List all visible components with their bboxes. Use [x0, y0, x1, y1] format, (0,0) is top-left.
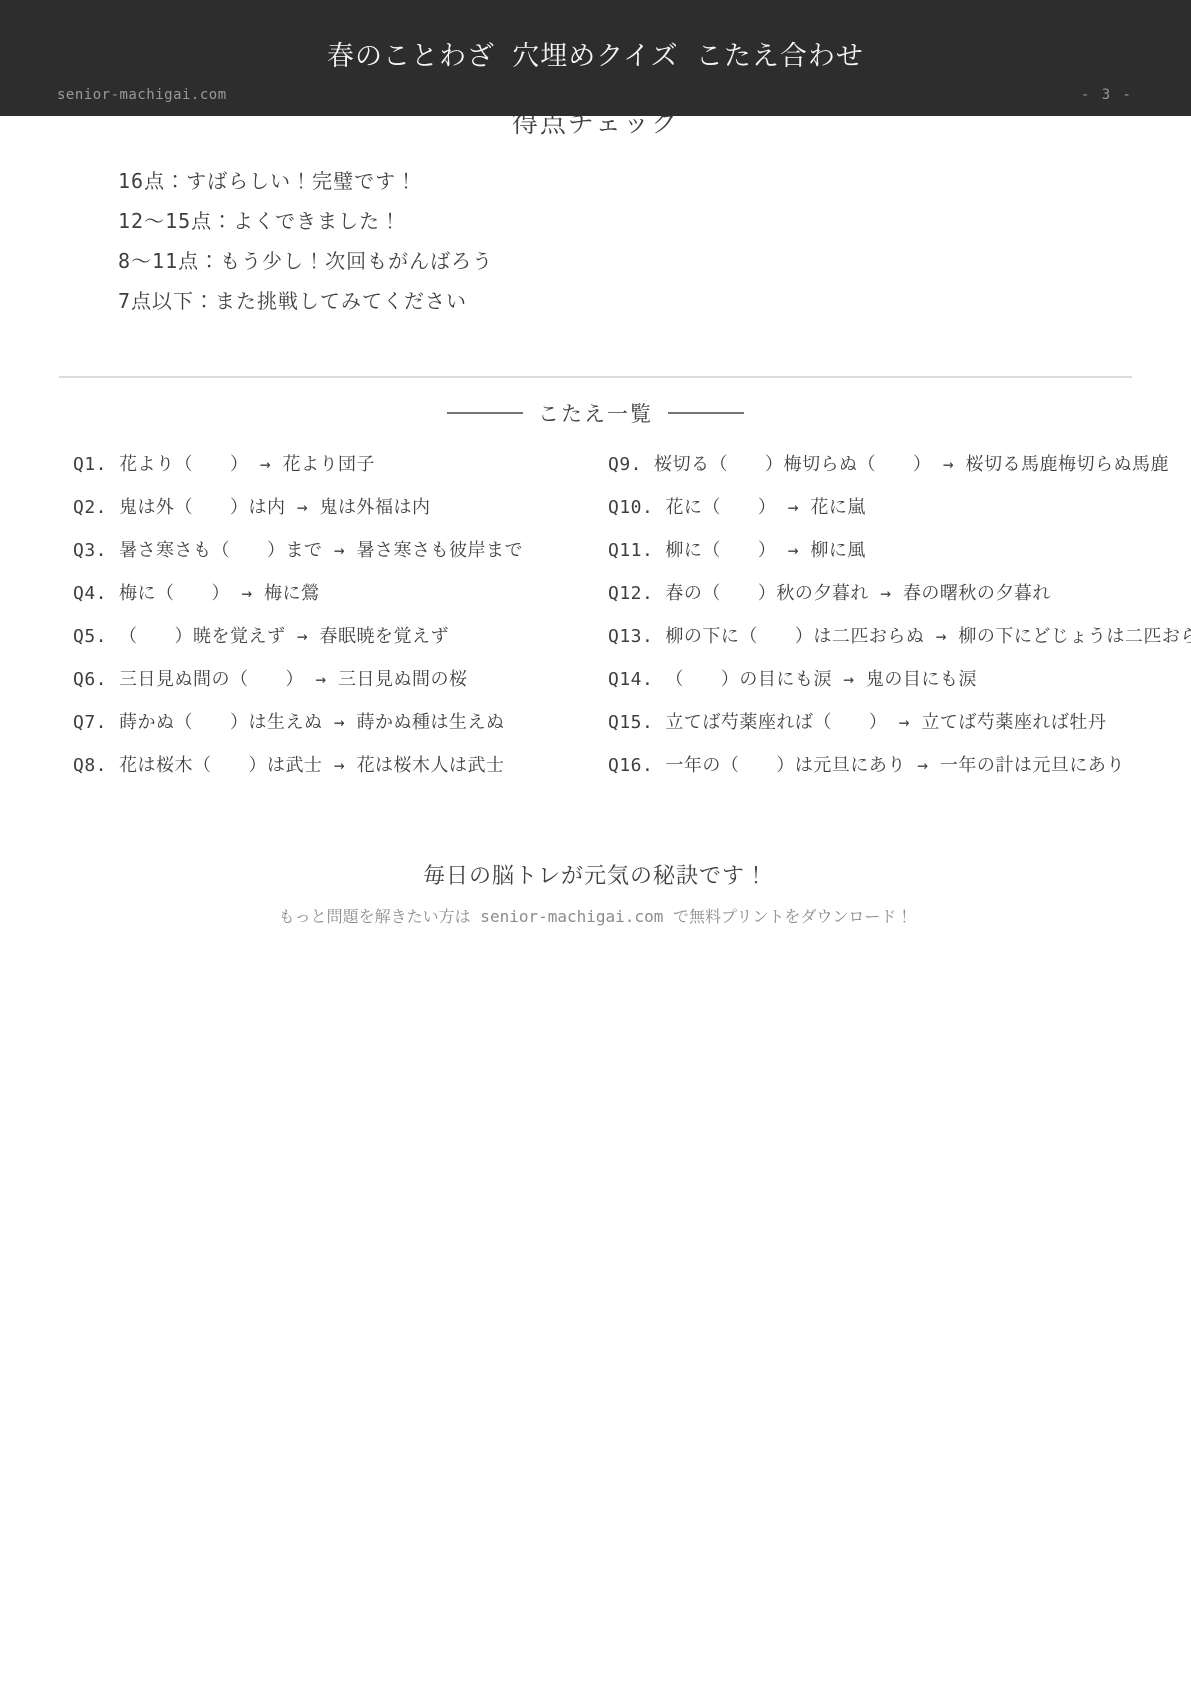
question-number: Q8.	[73, 756, 107, 775]
score-line: 12〜15点：よくできました！	[118, 211, 493, 231]
question-number: Q13.	[608, 627, 653, 646]
answers-column-right: Q9.桜切る（ ）梅切らぬ（ ） → 桜切る馬鹿梅切らぬ馬鹿 Q10.花に（ ）…	[608, 455, 1191, 799]
question-number: Q14.	[608, 670, 653, 689]
score-line: 7点以下：また挑戦してみてください	[118, 291, 493, 311]
answer-row: Q4.梅に（ ） → 梅に鶯	[73, 584, 523, 603]
score-line: 16点：すばらしい！完璧です！	[118, 171, 493, 191]
answer-row: Q9.桜切る（ ）梅切らぬ（ ） → 桜切る馬鹿梅切らぬ馬鹿	[608, 455, 1191, 474]
answer-row: Q11.柳に（ ） → 柳に風	[608, 541, 1191, 560]
answer-row: Q15.立てば芍薬座れば（ ） → 立てば芍薬座れば牡丹	[608, 713, 1191, 732]
answer-row: Q14.（ ）の目にも涙 → 鬼の目にも涙	[608, 670, 1191, 689]
answer-text: 桜切る（ ）梅切らぬ（ ） → 桜切る馬鹿梅切らぬ馬鹿	[654, 454, 1169, 475]
answer-row: Q6.三日見ぬ間の（ ） → 三日見ぬ間の桜	[73, 670, 523, 689]
answer-row: Q2.鬼は外（ ）は内 → 鬼は外福は内	[73, 498, 523, 517]
answer-row: Q7.蒔かぬ（ ）は生えぬ → 蒔かぬ種は生えぬ	[73, 713, 523, 732]
answers-column-left: Q1.花より（ ） → 花より団子 Q2.鬼は外（ ）は内 → 鬼は外福は内 Q…	[73, 455, 523, 799]
question-number: Q7.	[73, 713, 107, 732]
answer-text: 柳の下に（ ）は二匹おらぬ → 柳の下にどじょうは二匹おらぬ	[665, 626, 1191, 647]
answer-text: 鬼は外（ ）は内 → 鬼は外福は内	[119, 497, 431, 518]
answer-row: Q1.花より（ ） → 花より団子	[73, 455, 523, 474]
question-number: Q3.	[73, 541, 107, 560]
question-number: Q2.	[73, 498, 107, 517]
heading-dash-left	[447, 412, 523, 414]
answer-text: 花は桜木（ ）は武士 → 花は桜木人は武士	[119, 755, 505, 776]
question-number: Q1.	[73, 455, 107, 474]
question-number: Q10.	[608, 498, 653, 517]
score-line: 8〜11点：もう少し！次回もがんばろう	[118, 251, 493, 271]
answer-text: 立てば芍薬座れば（ ） → 立てば芍薬座れば牡丹	[665, 712, 1106, 733]
question-number: Q4.	[73, 584, 107, 603]
answer-text: 梅に（ ） → 梅に鶯	[119, 583, 320, 604]
answer-row: Q13.柳の下に（ ）は二匹おらぬ → 柳の下にどじょうは二匹おらぬ	[608, 627, 1191, 646]
answer-text: （ ）暁を覚えず → 春眠暁を覚えず	[119, 626, 449, 647]
document-page: 得点チェック 春のことわざ 穴埋めクイズ こたえ合わせ senior-machi…	[0, 0, 1191, 1684]
answer-row: Q5.（ ）暁を覚えず → 春眠暁を覚えず	[73, 627, 523, 646]
answer-text: 柳に（ ） → 柳に風	[665, 540, 866, 561]
answer-text: 春の（ ）秋の夕暮れ → 春の曙秋の夕暮れ	[665, 583, 1051, 604]
answer-text: 花に（ ） → 花に嵐	[665, 497, 866, 518]
answer-text: 三日見ぬ間の（ ） → 三日見ぬ間の桜	[119, 669, 468, 690]
question-number: Q9.	[608, 455, 642, 474]
question-number: Q16.	[608, 756, 653, 775]
footer-note: もっと問題を解きたい方は senior-machigai.com で無料プリント…	[0, 904, 1191, 927]
answer-row: Q16.一年の（ ）は元旦にあり → 一年の計は元旦にあり	[608, 756, 1191, 775]
answer-row: Q8.花は桜木（ ）は武士 → 花は桜木人は武士	[73, 756, 523, 775]
answer-text: （ ）の目にも涙 → 鬼の目にも涙	[665, 669, 977, 690]
header-bar: 春のことわざ 穴埋めクイズ こたえ合わせ senior-machigai.com…	[0, 0, 1191, 116]
answer-row: Q12.春の（ ）秋の夕暮れ → 春の曙秋の夕暮れ	[608, 584, 1191, 603]
answers-heading-text: こたえ一覧	[538, 398, 653, 428]
footer-message: 毎日の脳トレが元気の秘訣です！	[0, 859, 1191, 890]
answers-section-heading: こたえ一覧	[0, 398, 1191, 428]
question-number: Q12.	[608, 584, 653, 603]
answer-text: 蒔かぬ（ ）は生えぬ → 蒔かぬ種は生えぬ	[119, 712, 505, 733]
page-title: 春のことわざ 穴埋めクイズ こたえ合わせ	[0, 34, 1191, 73]
question-number: Q11.	[608, 541, 653, 560]
answer-text: 花より（ ） → 花より団子	[119, 454, 375, 475]
answer-row: Q10.花に（ ） → 花に嵐	[608, 498, 1191, 517]
answer-text: 一年の（ ）は元旦にあり → 一年の計は元旦にあり	[665, 755, 1125, 776]
section-divider	[59, 376, 1132, 378]
site-label: senior-machigai.com	[57, 87, 227, 103]
question-number: Q15.	[608, 713, 653, 732]
answer-row: Q3.暑さ寒さも（ ）まで → 暑さ寒さも彼岸まで	[73, 541, 523, 560]
page-number: - 3 -	[1081, 87, 1133, 103]
question-number: Q5.	[73, 627, 107, 646]
answer-text: 暑さ寒さも（ ）まで → 暑さ寒さも彼岸まで	[119, 540, 523, 561]
question-number: Q6.	[73, 670, 107, 689]
score-list: 16点：すばらしい！完璧です！ 12〜15点：よくできました！ 8〜11点：もう…	[118, 171, 493, 331]
heading-dash-right	[668, 412, 744, 414]
